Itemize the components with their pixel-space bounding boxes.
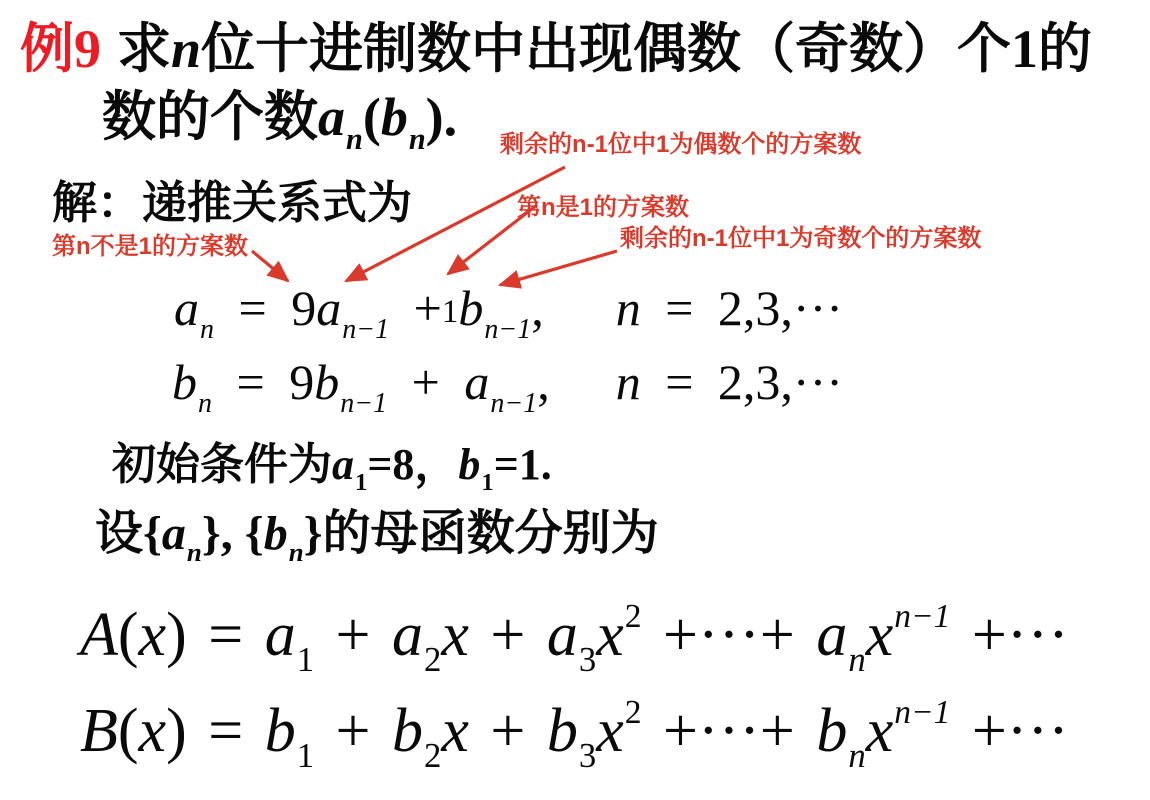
math-token: 数的个数 [102,87,318,147]
math-token: n−1 [894,598,950,635]
math-token: 1 [481,469,493,496]
recurrence-equation-b: bn = 9bn−1 + an−1,n = 2,3,··· [172,354,843,412]
math-token: x [596,601,624,669]
math-token: ( [118,601,139,669]
math-token: a [547,601,578,669]
recurrence-equation-a: an = 9an−1 +1bn−1,n = 2,3,··· [174,280,843,338]
title-line-2: 数的个数an(bn). [102,84,457,152]
math-token: n [616,280,641,336]
math-token: 1 [442,294,459,330]
math-token: A [80,601,118,669]
initial-conditions: 初始条件为a1=8，b1=1. [112,436,552,493]
math-token: n−1 [490,388,537,419]
math-token: a [162,507,186,560]
math-token: ). [426,87,457,147]
math-token: ) = [166,697,265,765]
generating-function-a: A(x) = a1 + a2x + a3x2 +···+ anxn−1 +··· [80,598,1069,672]
example-label: 例9 [20,19,101,79]
math-token: n−1 [894,694,950,731]
math-token: n [848,736,865,775]
math-token: n [848,640,865,679]
math-token: +···+ [642,697,817,765]
math-token: 2 [424,736,441,775]
math-token: 1 [355,469,367,496]
math-token: + [469,601,547,669]
math-token: n [171,19,201,79]
arrow-not-one-to-coeff-9 [252,251,288,281]
math-token: }的母函数分别为 [304,507,659,560]
math-token: b [547,697,578,765]
math-token: 2 [625,694,642,731]
math-token: 3 [579,640,596,679]
annotation-odd-case: 剩余的n-1位中1为奇数个的方案数 [620,226,981,252]
math-token: 2 [424,640,441,679]
generating-function-b: B(x) = b1 + b2x + b3x2 +···+ bnxn−1 +··· [80,694,1069,768]
math-token: n [187,537,202,567]
math-token: a [174,280,199,336]
math-token: = 9 [212,354,314,410]
annotation-last-digit-not-one: 第n不是1的方案数 [52,234,248,260]
math-token: = 2,3,··· [641,280,843,336]
math-token: n−1 [340,388,387,419]
slide: 例9求n位十进制数中出现偶数（奇数）个1的 数的个数an(bn). 解：递推关系… [0,0,1150,800]
math-token: a [318,87,345,147]
math-token: +···+ [642,601,817,669]
math-token: n [289,537,304,567]
math-token: 3 [579,736,596,775]
math-token: + [389,280,442,336]
math-token: + [387,354,464,410]
math-token: 设{ [95,507,162,560]
math-token: a [332,440,354,489]
math-token: b [458,280,483,336]
math-token: ( [363,87,381,147]
title-line1-text: 求n位十进制数中出现偶数（奇数）个1的 [117,19,1092,79]
math-token: 1 [297,736,314,775]
math-token: , [537,354,550,410]
math-token: = 9 [214,280,316,336]
math-token: 求 [117,19,171,79]
title-line-1: 例9求n位十进制数中出现偶数（奇数）个1的 [20,16,1092,84]
math-token: a [316,280,341,336]
math-token: b [392,697,423,765]
math-token: a [464,354,489,410]
math-token: b [265,697,296,765]
math-token: n [409,122,426,156]
math-token: b [458,440,480,489]
math-token: x [866,601,894,669]
math-token: 2 [625,598,642,635]
math-token: ( [118,697,139,765]
solution-heading: 解：递推关系式为 [52,176,412,230]
math-token: , [531,280,544,336]
math-token: n [198,388,212,419]
math-token: b [381,87,408,147]
math-token: n [200,314,214,345]
math-token: + [314,601,392,669]
math-token: ) = [166,601,265,669]
math-token: +··· [950,697,1068,765]
math-token: x [441,697,469,765]
math-token: b [172,354,197,410]
math-token: n [616,354,641,410]
math-token: 初始条件为 [112,440,332,489]
math-token: B [80,697,118,765]
math-token: 位十进制数中出现偶数（奇数）个1的 [201,19,1092,79]
annotation-even-case: 剩余的n-1位中1为偶数个的方案数 [500,132,861,158]
math-token: x [139,697,167,765]
math-token: 1 [297,640,314,679]
math-token: n−1 [484,314,531,345]
math-token: }, { [202,507,264,560]
math-token: = 2,3,··· [641,354,843,410]
math-token: b [314,354,339,410]
math-token: a [392,601,423,669]
math-token: +··· [950,601,1068,669]
math-token: + [469,697,547,765]
math-token: =1. [494,440,552,489]
math-token: a [265,601,296,669]
math-token: n [346,122,363,156]
math-token: =8， [367,440,458,489]
math-token: + [314,697,392,765]
annotation-last-digit-is-one: 第n是1的方案数 [517,195,689,221]
math-token: b [816,697,847,765]
math-token: x [441,601,469,669]
math-token: n−1 [342,314,389,345]
math-token: x [139,601,167,669]
generating-function-intro: 设{an}, {bn}的母函数分别为 [95,503,659,565]
math-token: x [866,697,894,765]
math-token: a [816,601,847,669]
math-token: x [596,697,624,765]
math-token: b [264,507,288,560]
